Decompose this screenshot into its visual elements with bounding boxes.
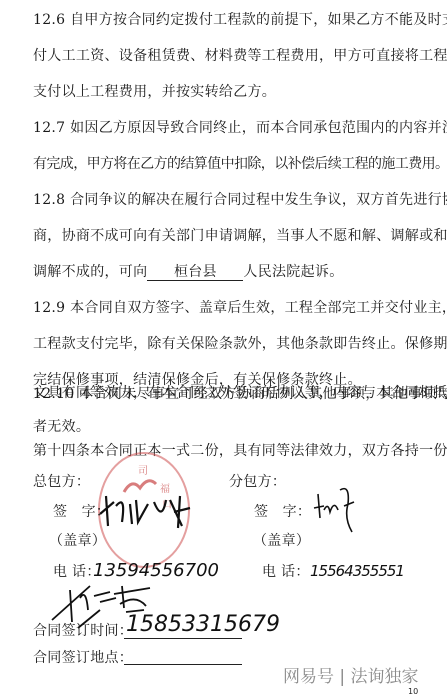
gc-signature bbox=[96, 492, 196, 532]
clause-12-9-line-1: 12.9 本合同自双方签字、盖章后生效，工程全部完工并交付业主， bbox=[33, 300, 447, 316]
clause-12-10-line-2: 文具有同等效力，在本合同之外签订的协议等，内容与本合同相抵触 bbox=[33, 385, 447, 401]
page-number: 10 bbox=[408, 687, 418, 696]
sign-time-value: 15853315679 bbox=[126, 612, 280, 637]
clause-12-6-line-1: 12.6 自甲方按合同约定拨付工程款的前提下，如果乙方不能及时支 bbox=[33, 12, 447, 28]
clause-12-8-line-3: 调解不成的，可向桓台县人民法院起诉。 bbox=[33, 264, 344, 281]
gc-seal-label: （盖章） bbox=[49, 533, 106, 549]
clause-12-9-line-2: 工程款支付完毕，除有关保险条款外，其他条款即告终止。保修期满 bbox=[33, 336, 447, 352]
clause-12-6-line-2: 付人工工资、设备租赁费、材料费等工程费用，甲方可直接将工程款 bbox=[33, 48, 447, 64]
article-14-text: 第十四条本合同正本一式二份，具有同等法律效力，双方各持一份， bbox=[33, 443, 447, 459]
subcontractor-label: 分包方： bbox=[229, 474, 286, 490]
sign-time-underline bbox=[124, 638, 242, 639]
sub-phone-label: 电 话： bbox=[262, 564, 310, 580]
clause-12-6-line-3: 支付以上工程费用，并按实转给乙方。 bbox=[33, 84, 276, 100]
clause-12-10-line-3: 者无效。 bbox=[33, 419, 90, 435]
court-suffix: 人民法院起诉。 bbox=[243, 264, 343, 280]
sub-seal-label: （盖章） bbox=[253, 533, 310, 549]
clause-12-8-line-2: 商，协商不成可向有关部门申请调解，当事人不愿和解、调解或和解、 bbox=[33, 228, 447, 244]
netease-watermark: 网易号 | 法询独家 bbox=[283, 662, 419, 687]
general-contractor-label: 总包方： bbox=[33, 474, 90, 490]
clause-12-7-line-1: 12.7 如因乙方原因导致合同终止，而本合同承包范围内的内容并没 bbox=[33, 120, 447, 136]
sign-time-label: 合同签订时间： bbox=[33, 623, 133, 639]
clause-12-8-line-1: 12.8 合同争议的解决在履行合同过程中发生争议，双方首先进行协 bbox=[33, 192, 447, 208]
gc-phone-value: 13594556700 bbox=[93, 560, 219, 581]
court-county-field: 桓台县 bbox=[147, 264, 243, 281]
sub-sign-label: 签 字： bbox=[254, 504, 311, 520]
court-prefix: 调解不成的，可向 bbox=[33, 264, 147, 280]
sub-signature bbox=[310, 484, 360, 534]
clause-12-7-line-2: 有完成，甲方将在乙方的结算值中扣除，以补偿后续工程的施工费用。 bbox=[33, 156, 447, 172]
sub-phone-value: 15564355551 bbox=[310, 562, 404, 580]
sign-place-label: 合同签订地点： bbox=[33, 650, 133, 666]
sign-place-field bbox=[124, 664, 242, 665]
